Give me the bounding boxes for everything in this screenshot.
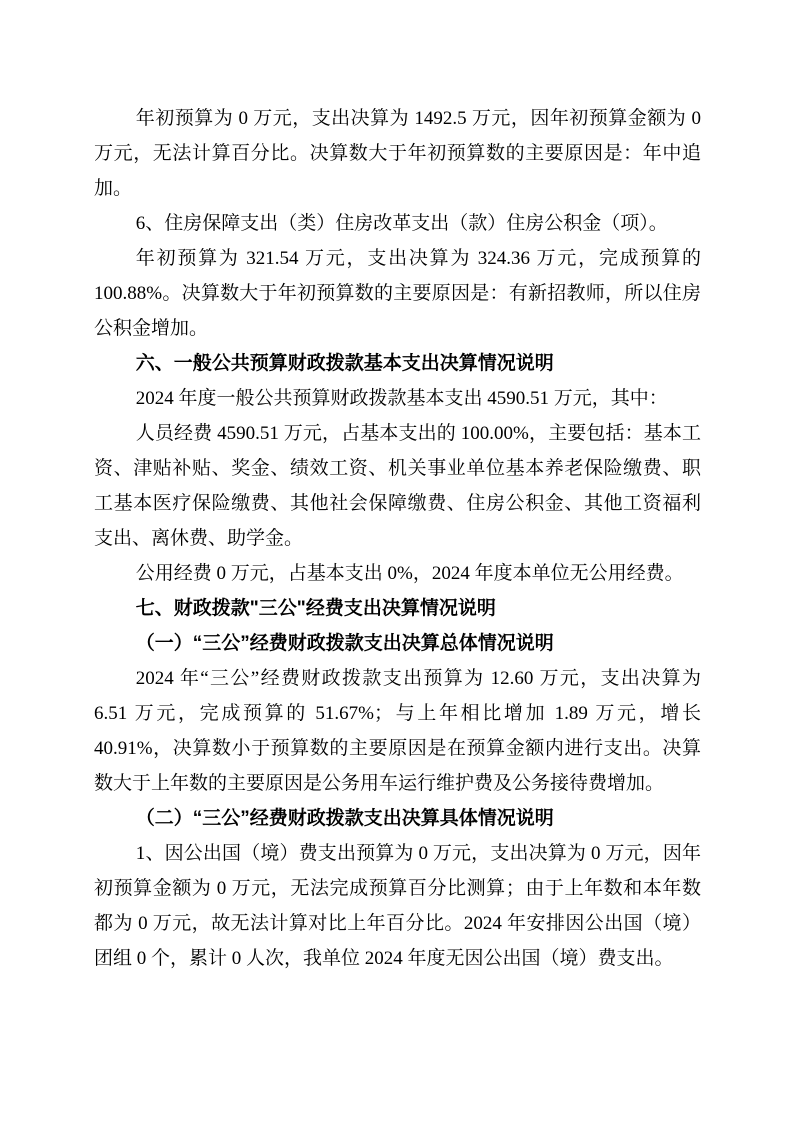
paragraph-housing-fund-detail: 年初预算为 321.54 万元，支出决算为 324.36 万元，完成预算的 10… (94, 241, 701, 346)
paragraph-public-funds: 公用经费 0 万元，占基本支出 0%，2024 年度本单位无公用经费。 (94, 556, 701, 591)
paragraph-overseas-travel: 1、因公出国（境）费支出预算为 0 万元，支出决算为 0 万元，因年初预算金额为… (94, 836, 701, 976)
document-page: 年初预算为 0 万元，支出决算为 1492.5 万元，因年初预算金额为 0 万元… (0, 0, 793, 1122)
paragraph-budget-1492-5: 年初预算为 0 万元，支出决算为 1492.5 万元，因年初预算金额为 0 万元… (94, 101, 701, 206)
paragraph-basic-expenditure-total: 2024 年度一般公共预算财政拨款基本支出 4590.51 万元，其中： (94, 381, 701, 416)
section-heading-7-three-public-funds: 七、财政拨款"三公"经费支出决算情况说明 (94, 591, 701, 626)
subsection-heading-2-specific: （二）“三公”经费财政拨款支出决算具体情况说明 (94, 801, 701, 836)
paragraph-three-public-overall: 2024 年“三公”经费财政拨款支出预算为 12.60 万元，支出决算为 6.5… (94, 661, 701, 801)
paragraph-item-6-housing: 6、住房保障支出（类）住房改革支出（款）住房公积金（项）。 (94, 206, 701, 241)
paragraph-personnel-funds: 人员经费 4590.51 万元，占基本支出的 100.00%，主要包括：基本工资… (94, 416, 701, 556)
section-heading-6-basic-expenditure: 六、一般公共预算财政拨款基本支出决算情况说明 (94, 346, 701, 381)
subsection-heading-1-overall: （一）“三公”经费财政拨款支出决算总体情况说明 (94, 626, 701, 661)
